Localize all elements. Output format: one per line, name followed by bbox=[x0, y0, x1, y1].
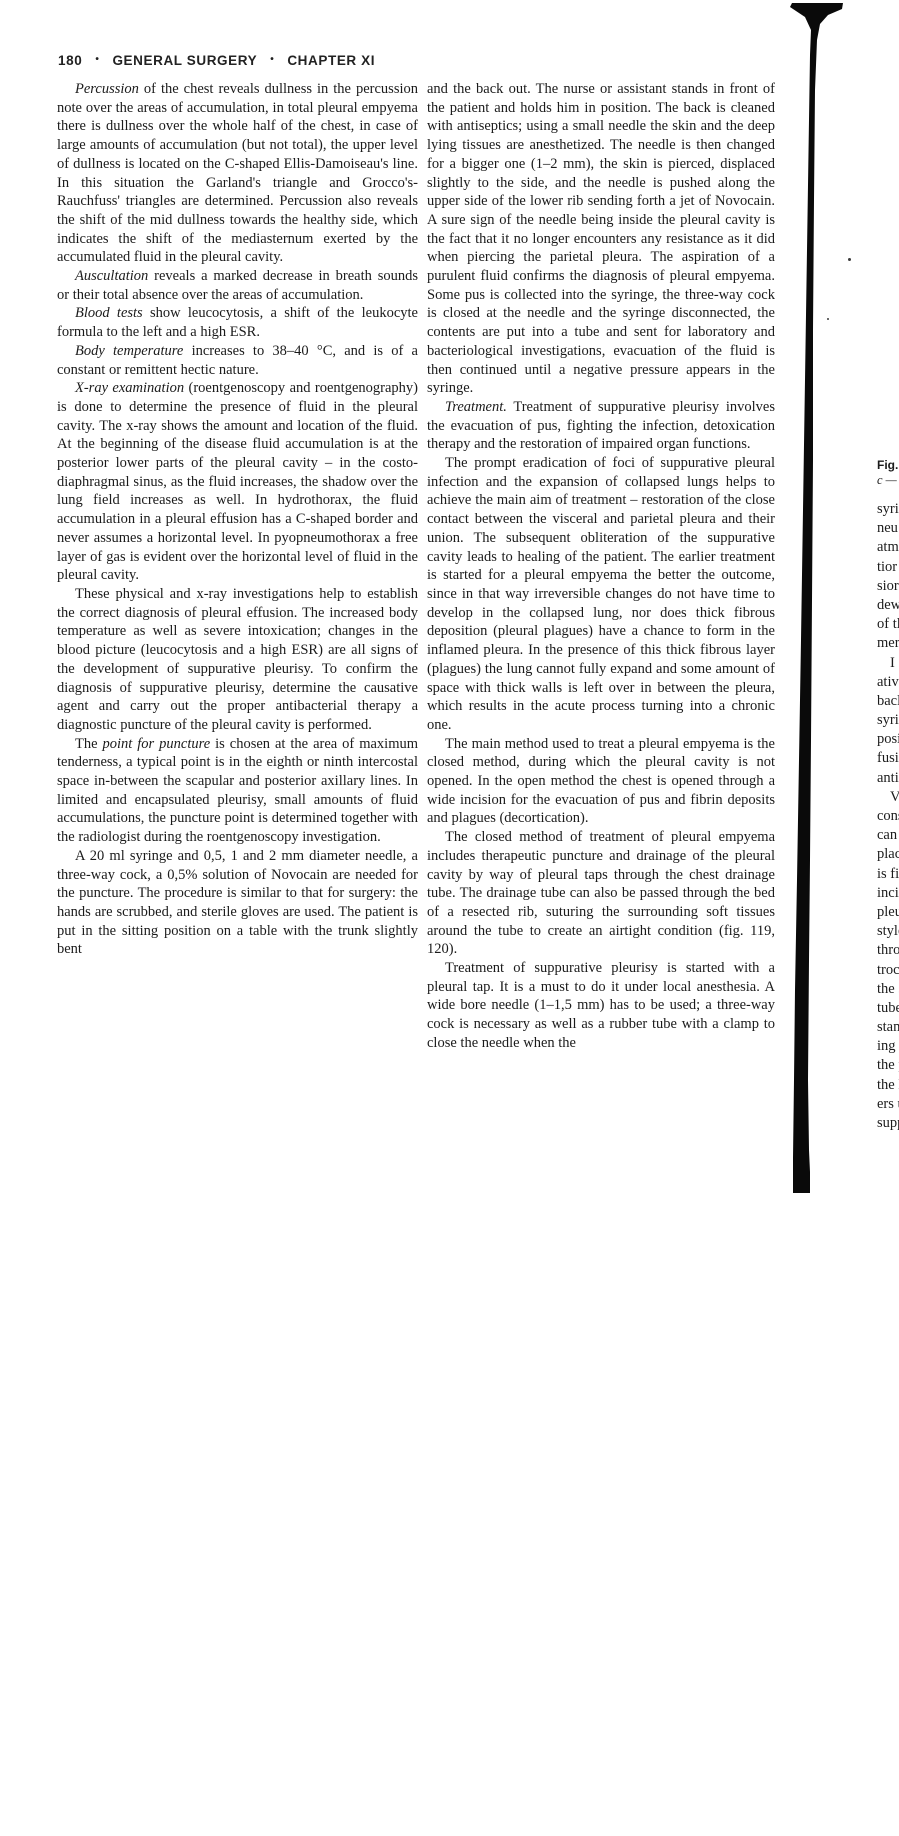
cut-off-text-line: atm bbox=[877, 538, 899, 557]
cut-off-text-line: I bbox=[877, 654, 899, 673]
cut-off-text-line: ers u bbox=[877, 1095, 899, 1114]
cut-off-text-line: dew bbox=[877, 596, 899, 615]
paragraph: Auscultation reveals a marked decrease i… bbox=[57, 267, 418, 304]
text-run: of the chest reveals dullness in the per… bbox=[57, 81, 418, 265]
cut-off-text-line: bacl bbox=[877, 692, 899, 711]
cut-off-text-line: ing v bbox=[877, 1037, 899, 1056]
figure-caption-fragment: Fig. bbox=[877, 458, 899, 473]
cut-off-text-line: cons bbox=[877, 807, 899, 826]
italic-lead: Treatment. bbox=[445, 399, 507, 415]
cut-off-text-line: sior bbox=[877, 577, 899, 596]
cut-off-text-line: fusi bbox=[877, 749, 899, 768]
cut-off-text-line: tube bbox=[877, 999, 899, 1018]
cut-off-text-line: the h bbox=[877, 1076, 899, 1095]
italic-lead: Percussion bbox=[75, 81, 139, 97]
cut-off-text-line: the s bbox=[877, 980, 899, 999]
text-run: These physical and x-ray investigations … bbox=[57, 586, 418, 733]
cut-off-text-line: thro bbox=[877, 941, 899, 960]
scan-binding-mark bbox=[780, 0, 855, 1200]
italic-lead: Body temperature bbox=[75, 343, 183, 359]
page-number: 180 bbox=[58, 53, 82, 68]
cut-off-text-line: V bbox=[877, 788, 899, 807]
cut-off-text-line: supp bbox=[877, 1114, 899, 1133]
paragraph: Blood tests show leucocytosis, a shift o… bbox=[57, 304, 418, 341]
text-run: (roentgenoscopy and roentgenography) is … bbox=[57, 380, 418, 583]
right-text-column: and the back out. The nurse or assistant… bbox=[427, 80, 775, 1053]
cut-off-text-line: anti bbox=[877, 769, 899, 788]
italic-lead: Auscultation bbox=[75, 268, 148, 284]
text-run: The bbox=[75, 736, 103, 752]
running-head: 180 • GENERAL SURGERY • CHAPTER XI bbox=[58, 53, 375, 68]
cut-off-text-line: ativ bbox=[877, 673, 899, 692]
cut-off-text-line: syri bbox=[877, 500, 899, 519]
paragraph: Percussion of the chest reveals dullness… bbox=[57, 80, 418, 267]
cut-off-text-line: stant bbox=[877, 1018, 899, 1037]
italic-lead: Blood tests bbox=[75, 305, 143, 321]
book-page: 180 • GENERAL SURGERY • CHAPTER XI Percu… bbox=[0, 0, 899, 1836]
figure-caption-fragment: c — bbox=[877, 473, 899, 488]
cut-off-text-line: mer bbox=[877, 634, 899, 653]
paragraph: A 20 ml syringe and 0,5, 1 and 2 mm diam… bbox=[57, 847, 418, 959]
text-run: The main method used to treat a pleural … bbox=[427, 736, 775, 827]
cut-off-text-line: posi bbox=[877, 730, 899, 749]
scan-speck bbox=[848, 258, 851, 261]
text-run: Treatment of suppurative pleurisy is sta… bbox=[427, 960, 775, 1051]
text-run: and the back out. The nurse or assistant… bbox=[427, 81, 775, 396]
paragraph: The prompt eradication of foci of suppur… bbox=[427, 454, 775, 735]
cut-off-text-line: of tl bbox=[877, 615, 899, 634]
text-run: The prompt eradication of foci of suppur… bbox=[427, 455, 775, 733]
text-run: The closed method of treatment of pleura… bbox=[427, 829, 775, 957]
running-title-section: GENERAL SURGERY bbox=[112, 53, 257, 68]
italic-lead: X-ray examination bbox=[75, 380, 184, 396]
facing-page-text-fragment: Fig.c —syrineuatmtiorsiordewof tlmerIati… bbox=[877, 458, 899, 1133]
cut-off-text-line: the p bbox=[877, 1056, 899, 1075]
cut-off-text-line: plac bbox=[877, 845, 899, 864]
paragraph: These physical and x-ray investigations … bbox=[57, 585, 418, 735]
left-text-column: Percussion of the chest reveals dullness… bbox=[57, 80, 418, 959]
paragraph: The closed method of treatment of pleura… bbox=[427, 828, 775, 959]
italic-lead: point for puncture bbox=[103, 736, 211, 752]
cut-off-text-line: style bbox=[877, 922, 899, 941]
paragraph: X-ray examination (roentgenoscopy and ro… bbox=[57, 379, 418, 585]
paragraph: Treatment of suppurative pleurisy is sta… bbox=[427, 959, 775, 1053]
cut-off-text-line: syri bbox=[877, 711, 899, 730]
paragraph: Treatment. Treatment of suppurative pleu… bbox=[427, 398, 775, 454]
cut-off-text-line: pleu bbox=[877, 903, 899, 922]
cut-off-text-line: is fi bbox=[877, 865, 899, 884]
separator-dot: • bbox=[270, 54, 274, 65]
paragraph: and the back out. The nurse or assistant… bbox=[427, 80, 775, 398]
paragraph: The point for puncture is chosen at the … bbox=[57, 735, 418, 847]
scan-speck bbox=[827, 318, 829, 320]
separator-dot: • bbox=[95, 54, 99, 65]
cut-off-text-line: neu bbox=[877, 519, 899, 538]
cut-off-text-line: tior bbox=[877, 558, 899, 577]
text-run: A 20 ml syringe and 0,5, 1 and 2 mm diam… bbox=[57, 848, 418, 958]
cut-off-text-line: troca bbox=[877, 961, 899, 980]
cut-off-text-line: incis bbox=[877, 884, 899, 903]
cut-off-text-line: can bbox=[877, 826, 899, 845]
paragraph: Body temperature increases to 38–40 °C, … bbox=[57, 342, 418, 379]
paragraph: The main method used to treat a pleural … bbox=[427, 735, 775, 829]
spacer bbox=[877, 487, 899, 500]
text-run: is chosen at the area of maximum tendern… bbox=[57, 736, 418, 846]
running-title-chapter: CHAPTER XI bbox=[287, 53, 375, 68]
